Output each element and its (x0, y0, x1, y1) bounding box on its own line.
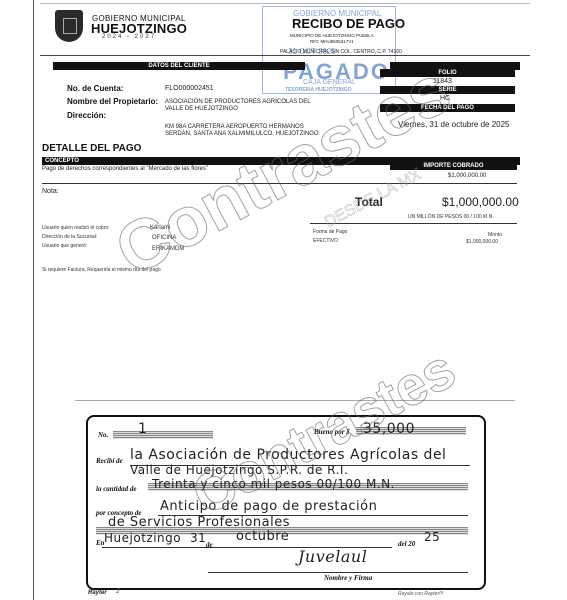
anio-value: 25 (424, 530, 440, 544)
cuenta-label: No. de Cuenta: (67, 84, 123, 93)
concepto-value-1: Anticipo de pago de prestación (160, 499, 377, 514)
genero-label: Usuario que generó: (42, 243, 87, 249)
sucursal-label: Dirección de la Sucursal: (42, 234, 97, 240)
cuenta-value: FLO000002451 (165, 85, 214, 92)
signature: Juvelaul (298, 547, 367, 566)
no-value: 1 (138, 421, 147, 437)
brand-label: Rayter (88, 590, 107, 596)
firma-line (208, 572, 468, 573)
forma-value: EFECTIVO (313, 238, 338, 244)
page-top-edge (40, 3, 530, 4)
rfc: RFC MHU8505317V1 (310, 39, 354, 44)
dia-value: 31 (190, 531, 206, 545)
page-left-edge (33, 0, 34, 600)
propietario-value-2: VALLE DE HUEJOTZINGO (165, 106, 238, 112)
detalle-title: DETALLE DEL PAGO (42, 143, 141, 154)
form-number: 2 (116, 588, 120, 595)
footer-slogan: Rayalo con Rayter!!! (398, 591, 443, 597)
doc-title: RECIBO DE PAGO (292, 16, 405, 31)
gov-years: 2024 - 2027 (102, 34, 156, 40)
firma-label: Nombre y Firma (324, 574, 372, 582)
datos-cliente-header: DATOS DEL CLIENTE (53, 62, 305, 70)
concepto-value: Pago de derechos correspondientes al "Me… (42, 166, 208, 172)
importe-value: $1,000,000.00 (448, 173, 486, 179)
del-label: del 20 (398, 540, 415, 548)
header-divider (40, 55, 530, 56)
nota-label: Nota: (42, 188, 59, 195)
propietario-value-1: ASOCIACIÓN DE PRODUCTORES AGRÍCOLAS DEL (165, 99, 311, 105)
monto-label: Monto (488, 232, 502, 238)
no-label: No. (98, 431, 108, 439)
no-field (113, 431, 213, 439)
direccion-label: Dirección: (67, 111, 106, 120)
stamp-line1: CAJA GENERAL (303, 79, 356, 86)
municipal-crest-icon (55, 10, 83, 42)
monto-value: $1,000,000.00 (466, 239, 498, 245)
recibi-label: Recibí de (96, 457, 123, 465)
propietario-label: Nombre del Propietario: (67, 97, 158, 106)
total-value: $1,000,000.00 (442, 195, 519, 209)
mes-value: octubre (236, 529, 289, 544)
concepto-value-2: de Servicios Profesionales (108, 515, 290, 530)
cantidad-label: la cantidad de (96, 485, 136, 493)
municipio: MUNICIPIO DE HUEJOTZINGO PUEBLA (290, 33, 374, 38)
total-words: UN MILLÓN DE PESOS 00 / 100 M.N. (408, 214, 494, 220)
en-value: Huejotzingo (104, 531, 181, 545)
cobro-label: Usuario quien realizó el cobro: (42, 225, 110, 231)
